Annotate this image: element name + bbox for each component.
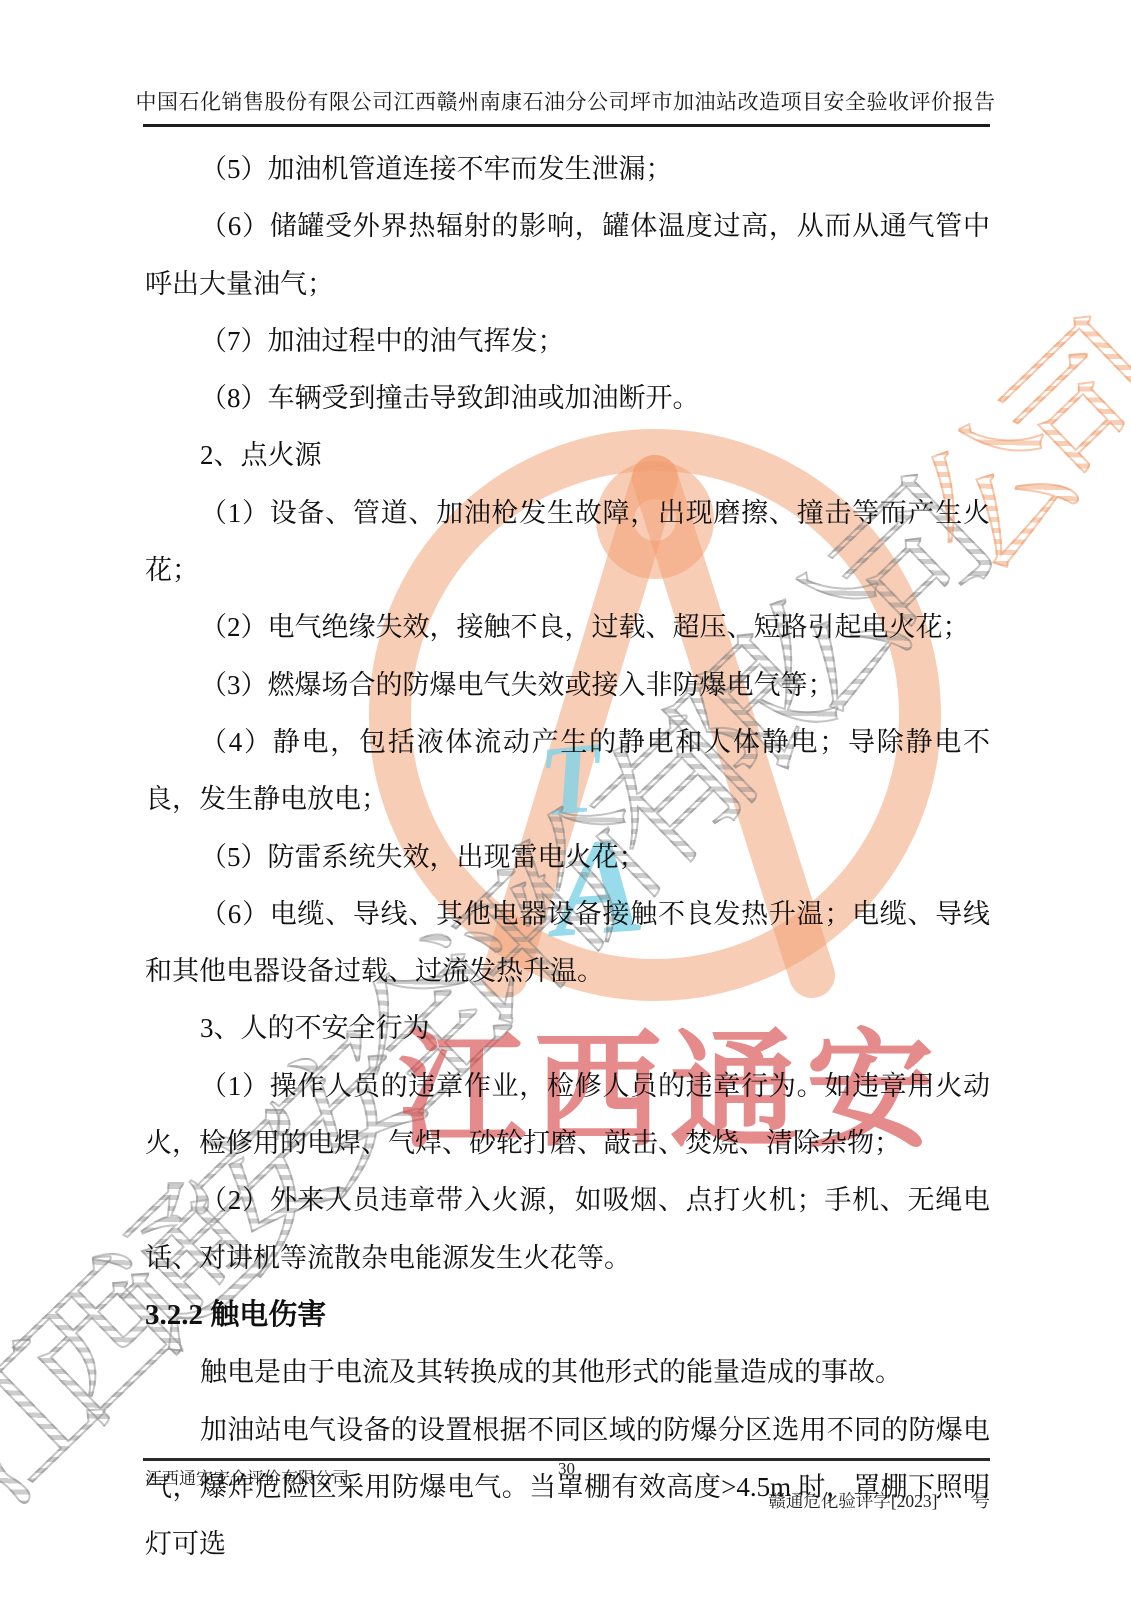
body-paragraph: （5）加油机管道连接不牢而发生泄漏；	[145, 141, 990, 198]
body-paragraph: 2、点火源	[145, 427, 990, 484]
document-page: T A 江西通安安全评价有限公司 公司 江西通安 中国石化销售股份有限公司江西赣…	[0, 0, 1131, 1600]
body-paragraph: （4）静电，包括液体流动产生的静电和人体静电；导除静电不良，发生静电放电；	[145, 714, 990, 829]
body-paragraph: （7）加油过程中的油气挥发；	[145, 313, 990, 370]
body-paragraph: 触电是由于电流及其转换成的其他形式的能量造成的事故。	[145, 1344, 990, 1401]
body-paragraph: （6）电缆、导线、其他电器设备接触不良发热升温；电缆、导线和其他电器设备过载、过…	[145, 886, 990, 1001]
section-heading: 3.2.2 触电伤害	[145, 1287, 990, 1344]
body-paragraph: （1）设备、管道、加油枪发生故障，出现磨擦、撞击等而产生火花；	[145, 485, 990, 600]
document-body: （5）加油机管道连接不牢而发生泄漏；（6）储罐受外界热辐射的影响，罐体温度过高，…	[145, 141, 990, 1573]
body-paragraph: （2）外来人员违章带入火源，如吸烟、点打火机；手机、无绳电话、对讲机等流散杂电能…	[145, 1172, 990, 1287]
header-title: 中国石化销售股份有限公司江西赣州南康石油分公司坪市加油站改造项目安全验收评价报告	[0, 86, 1131, 116]
body-paragraph: （3）燃爆场合的防爆电气失效或接入非防爆电气等；	[145, 657, 990, 714]
body-paragraph: 3、人的不安全行为	[145, 1000, 990, 1057]
body-paragraph: （6）储罐受外界热辐射的影响，罐体温度过高，从而从通气管中呼出大量油气；	[145, 198, 990, 313]
body-paragraph: （1）操作人员的违章作业，检修人员的违章行为。如违章用火动火，检修用的电焊、气焊…	[145, 1058, 990, 1173]
body-paragraph: （5）防雷系统失效，出现雷电火花；	[145, 829, 990, 886]
body-paragraph: 加油站电气设备的设置根据不同区域的防爆分区选用不同的防爆电气，爆炸危险区采用防爆…	[145, 1402, 990, 1574]
header-rule	[143, 124, 990, 127]
body-paragraph: （2）电气绝缘失效，接触不良，过载、超压、短路引起电火花；	[145, 599, 990, 656]
body-paragraph: （8）车辆受到撞击导致卸油或加油断开。	[145, 370, 990, 427]
